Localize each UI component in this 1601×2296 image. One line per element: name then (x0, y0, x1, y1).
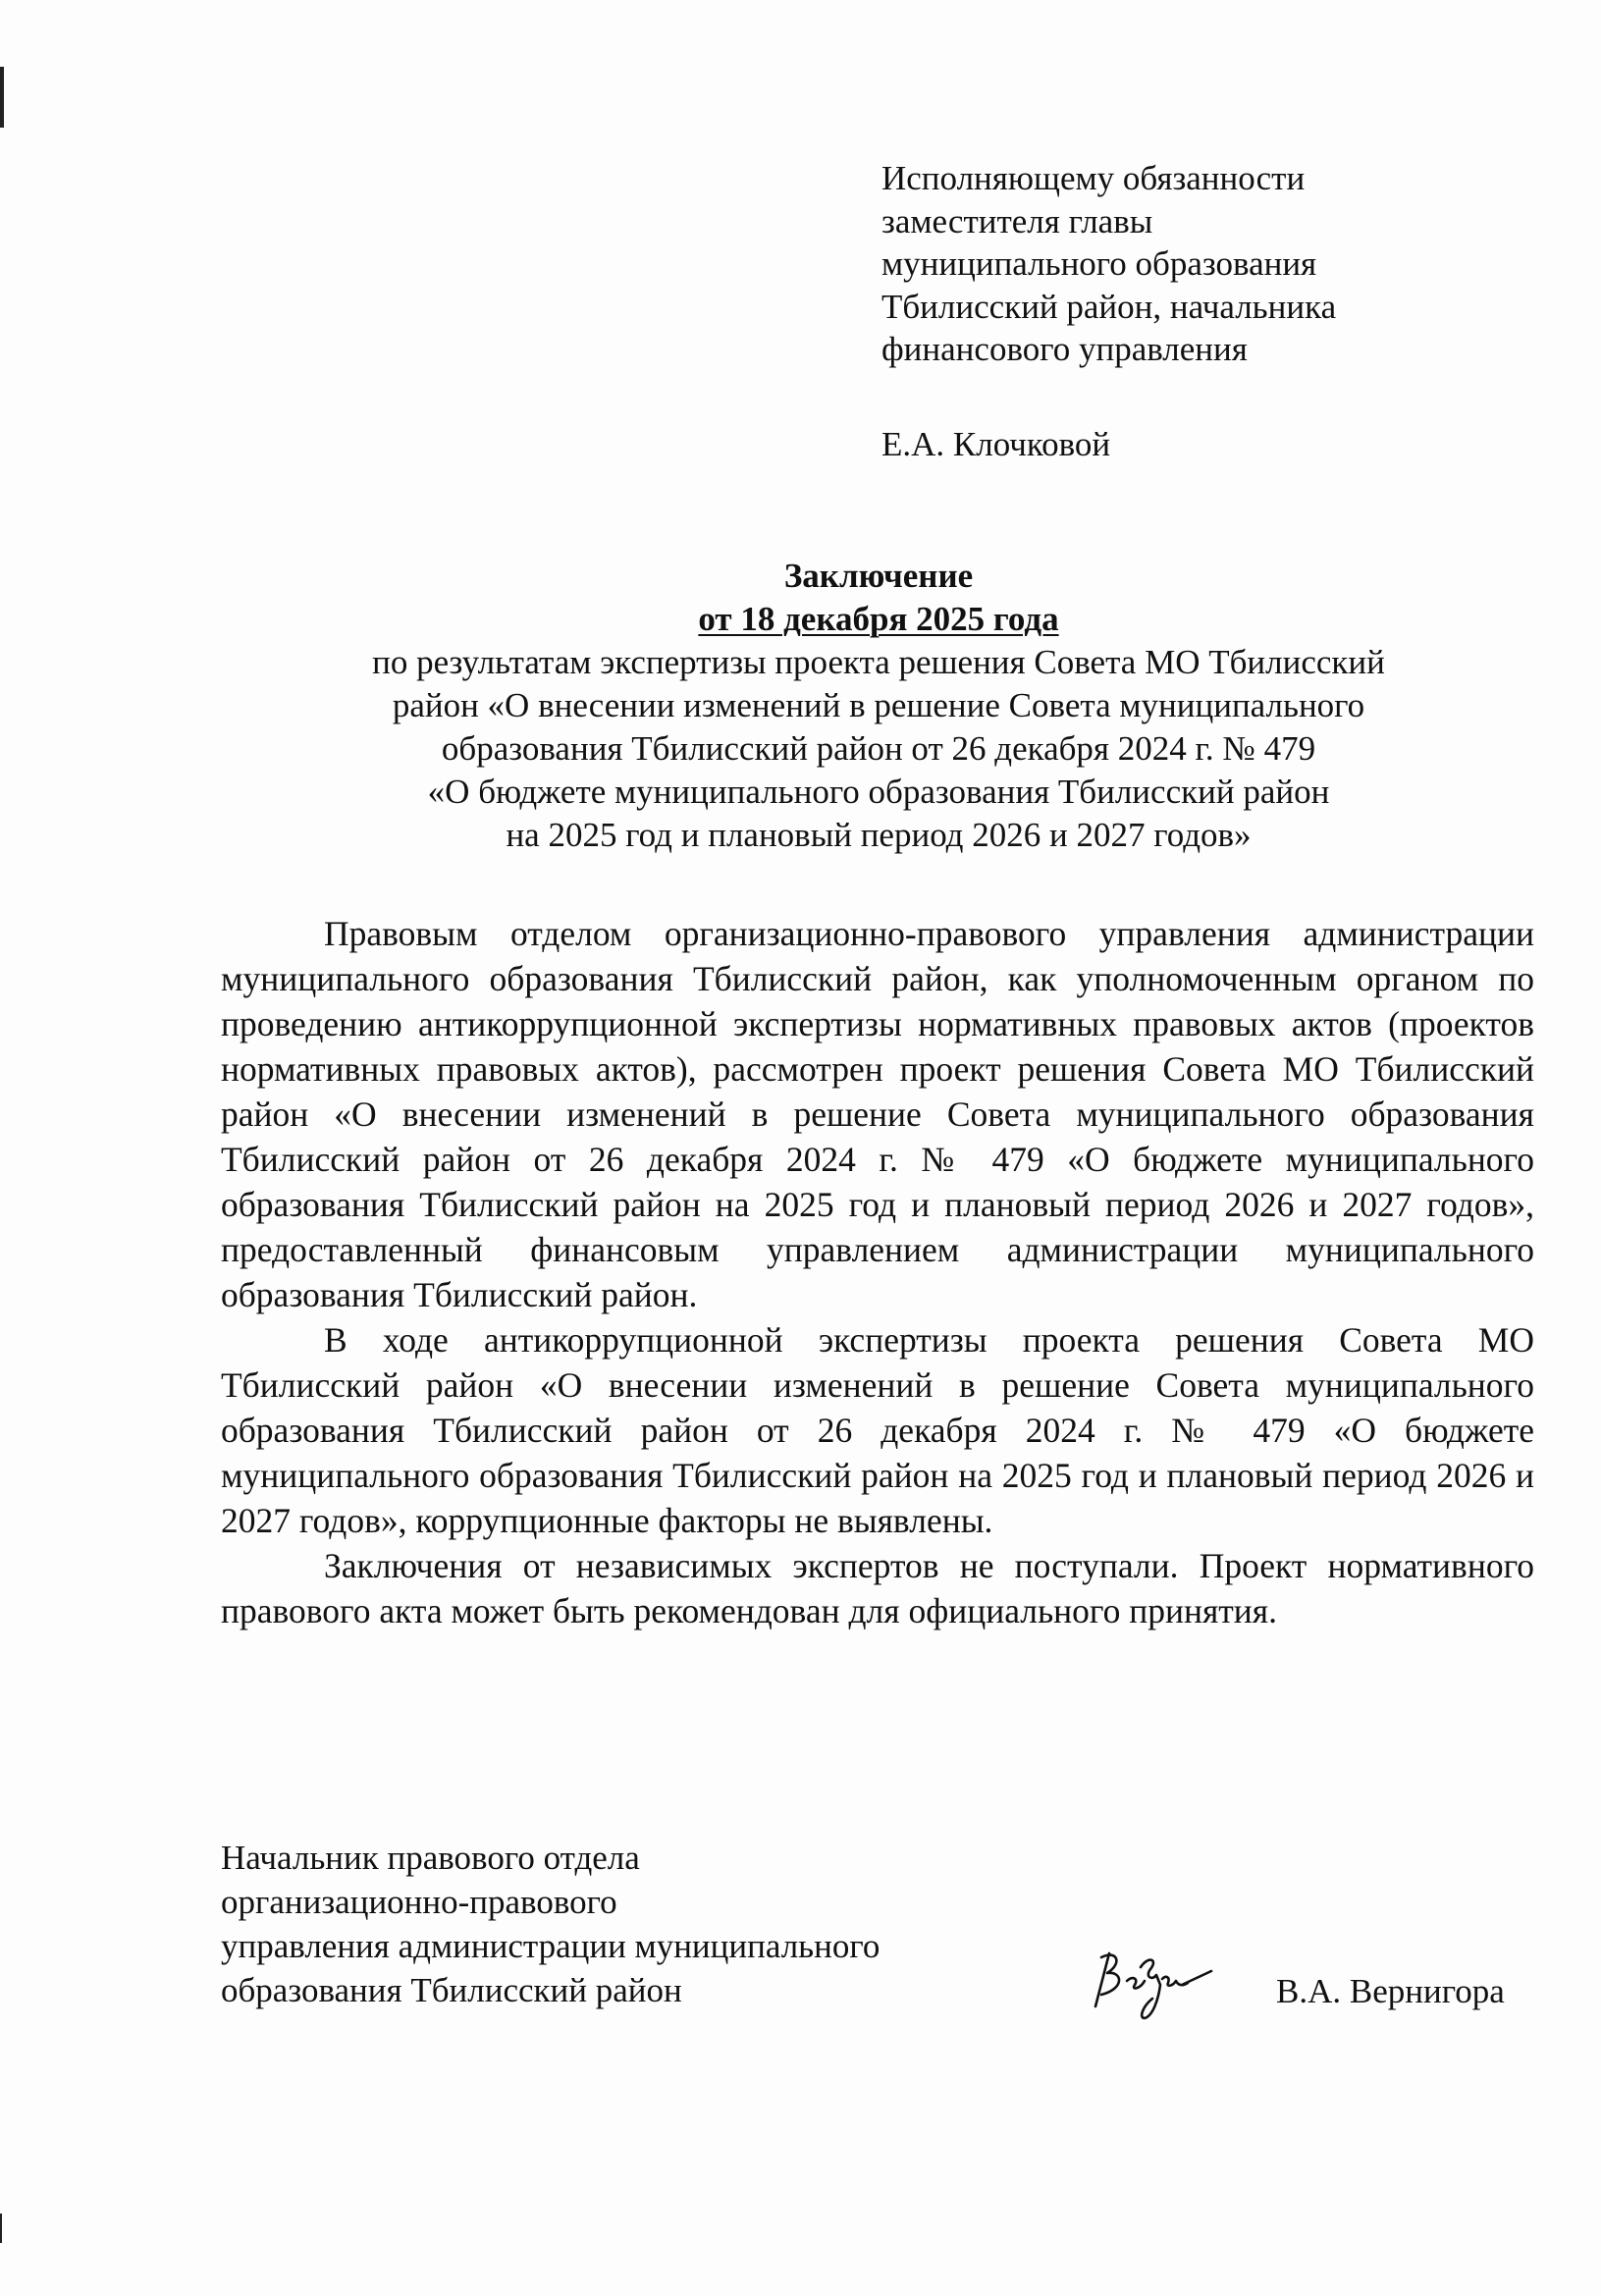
addressee-line: заместителя главы (881, 200, 1336, 243)
addressee-name: Е.А. Клочковой (881, 423, 1336, 466)
body-paragraph: Заключения от независимых экспертов не п… (221, 1543, 1534, 1633)
body-paragraph: Правовым отделом организационно-правовог… (221, 911, 1534, 1317)
position-line: организационно-правового (221, 1880, 880, 1924)
document-heading: Заключение (221, 555, 1536, 598)
addressee-line: Исполняющему обязанности (881, 157, 1336, 200)
body-paragraph: В ходе антикоррупционной экспертизы прое… (221, 1317, 1534, 1543)
position-line: образования Тбилисский район (221, 1968, 880, 2012)
document-date: от 18 декабря 2025 года (698, 598, 1058, 641)
scan-edge-mark (0, 67, 4, 128)
subtitle-line: образования Тбилисский район от 26 декаб… (221, 727, 1536, 771)
addressee-line: Тбилисский район, начальника (881, 286, 1336, 329)
addressee-line: муниципального образования (881, 242, 1336, 286)
subtitle-line: на 2025 год и плановый период 2026 и 202… (221, 814, 1536, 857)
signer-name: В.А. Вернигора (1276, 1969, 1505, 2013)
position-line: Начальник правового отдела (221, 1836, 880, 1880)
subtitle-line: «О бюджете муниципального образования Тб… (221, 771, 1536, 814)
addressee-line: финансового управления (881, 328, 1336, 371)
subtitle-line: район «О внесении изменений в решение Со… (221, 684, 1536, 727)
signatory-position: Начальник правового отдела организационн… (221, 1836, 880, 2012)
handwritten-signature-icon (1088, 1946, 1215, 2024)
scan-edge-mark (0, 2214, 2, 2243)
position-line: управления администрации муниципального (221, 1924, 880, 1968)
subtitle-line: по результатам экспертизы проекта решени… (221, 641, 1536, 684)
document-body: Правовым отделом организационно-правовог… (221, 911, 1534, 1633)
addressee-block: Исполняющему обязанности заместителя гла… (881, 157, 1336, 465)
document-title-block: Заключение от 18 декабря 2025 года по ре… (221, 555, 1536, 857)
